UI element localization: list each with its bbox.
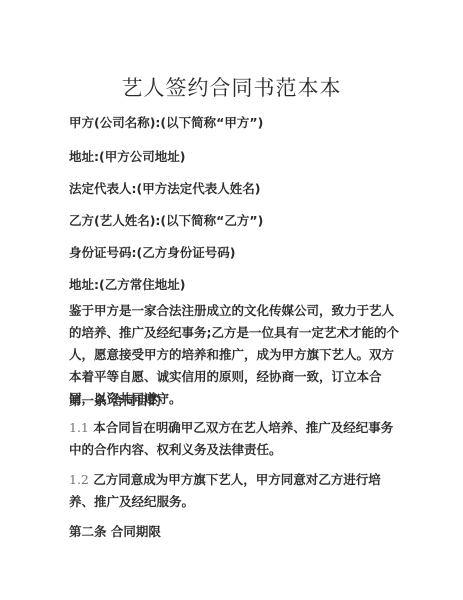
party-b-name: 乙方(艺人姓名):(以下简称“乙方”) bbox=[69, 211, 263, 229]
legal-representative: 法定代表人:(甲方法定代表人姓名) bbox=[69, 179, 260, 197]
party-b-address: 地址:(乙方常住地址) bbox=[69, 275, 185, 293]
clause-1-1: 1.1 本合同旨在明确甲乙双方在艺人培养、推广及经纪事务中的合作内容、权利义务及… bbox=[69, 417, 404, 461]
party-b-id-number: 身份证号码:(乙方身份证号码) bbox=[69, 243, 235, 261]
clause-text: 乙方同意成为甲方旗下艺人，甲方同意对乙方进行培养、推广及经纪服务。 bbox=[69, 472, 381, 509]
article-1-heading: 第一条 合同目的 bbox=[69, 391, 161, 409]
clause-1-2: 1.2 乙方同意成为甲方旗下艺人，甲方同意对乙方进行培养、推广及经纪服务。 bbox=[69, 469, 404, 513]
clause-text: 本合同旨在明确甲乙双方在艺人培养、推广及经纪事务中的合作内容、权利义务及法律责任… bbox=[69, 420, 393, 457]
clause-number: 1.2 bbox=[69, 472, 89, 487]
party-a-name: 甲方(公司名称):(以下简称“甲方”) bbox=[69, 113, 263, 131]
document-title: 艺人签约合同书范本本 bbox=[0, 72, 463, 102]
document-page: 艺人签约合同书范本本 甲方(公司名称):(以下简称“甲方”) 地址:(甲方公司地… bbox=[0, 0, 463, 600]
clause-number: 1.1 bbox=[69, 420, 89, 435]
party-a-address: 地址:(甲方公司地址) bbox=[69, 147, 185, 165]
article-2-heading: 第二条 合同期限 bbox=[69, 522, 161, 540]
